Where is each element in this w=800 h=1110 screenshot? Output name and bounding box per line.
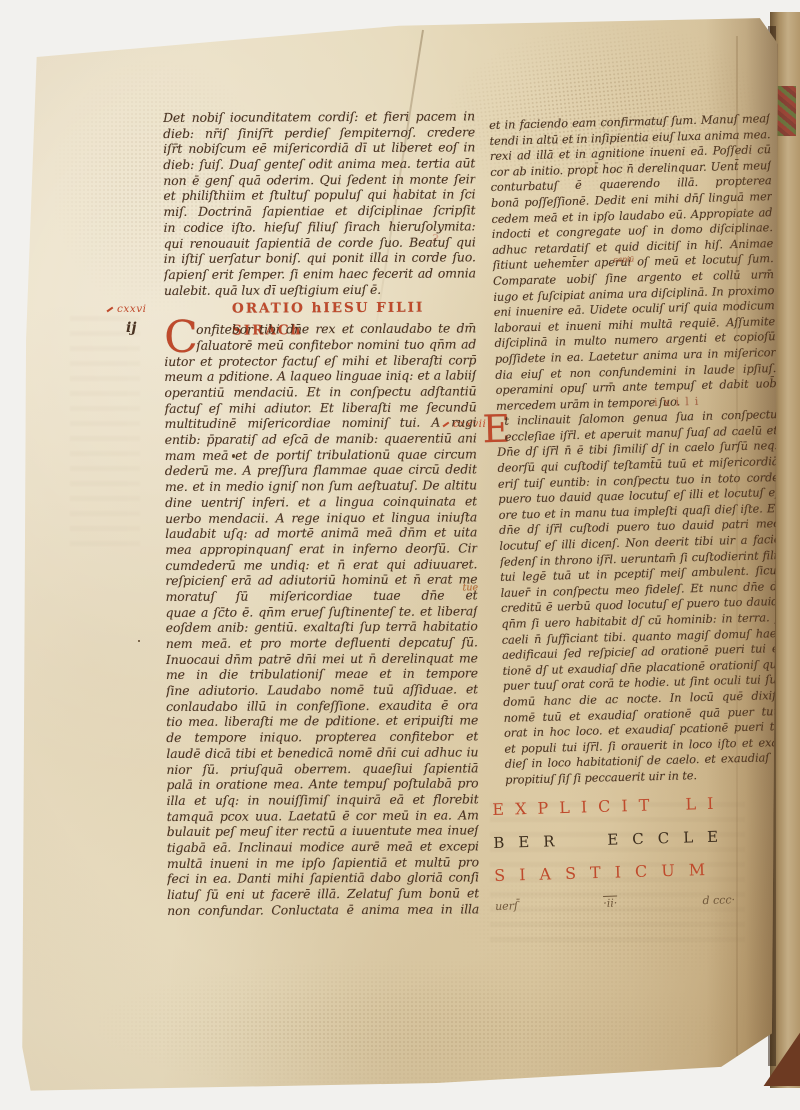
parchment-page: cxxvi ij cxxvii Det nobiſ iocunditatem c…: [20, 16, 778, 1096]
manuscript-line: laudē dicā tibi et benedicā nomē dn̄i cu…: [166, 744, 478, 761]
manuscript-line: ſapienſ erit ſemper. ſi enim haec feceri…: [164, 265, 476, 282]
manuscript-line: conlaudabo illū in confeſſione. exaudita…: [166, 697, 478, 714]
manuscript-line: multitudinē miſericordiae nominiſ tui. A…: [165, 415, 477, 432]
manuscript-line: liatuſ ſū eni ut facerē illā. Zelatuſ ſu…: [167, 885, 479, 902]
manuscript-line: laudabit uſq: ad mortē animā meā dn̄m et…: [165, 525, 477, 542]
verse-label: uerſ̄: [495, 899, 518, 913]
manuscript-line: moratuſ ſū miſericordiae tuae dn̄e et co…: [166, 587, 478, 604]
manuscript-line: non ē genſ quā oderim. Qui ſedent in mon…: [163, 171, 475, 188]
chapter-number-cxxvi: cxxvi: [108, 303, 147, 315]
manuscript-line: non confundar. Conluctata ē anima mea in…: [167, 901, 479, 918]
manuscript-line: ſaluatorē meū confitebor nomini tuo qn̄m…: [196, 336, 476, 353]
margin-gloss-tue: tue: [462, 582, 478, 593]
colophon-siasticum: SIASTICUM: [494, 854, 757, 894]
manuscript-line: factuſ eſ mihi adiutor. Et liberaſti me …: [165, 399, 477, 416]
manuscript-line: in codice iſto. hieſuſ filiuſ ſirach hie…: [164, 218, 476, 235]
manuscript-line: feci in ea. Danti mihi ſapientiā dabo gl…: [167, 870, 479, 887]
manuscript-line: ſine adiutorio. Laudabo nomē tuū aſſidua…: [166, 681, 478, 698]
manuscript-line: miſ. Doctrinā ſapientiae et diſciplinae …: [163, 202, 475, 219]
verse-total: d ccc·: [702, 893, 735, 907]
gutter-shade: [706, 16, 778, 1096]
oratio-section: C onfitebor tibi dn̄e rex et conlaudabo …: [164, 321, 479, 919]
manuscript-line: tamquā pcox uua. Laetatū ē cor meū in ea…: [167, 807, 479, 824]
manuscript-line: mam meā et de portiſ tribulationū quae c…: [165, 446, 477, 463]
manuscript-line: uerbo mendacii. A rege iniquo et lingua …: [165, 509, 477, 526]
manuscript-line: cumdederū me undiq: et n̄ erat qui adiuu…: [165, 556, 477, 573]
manuscript-line: palā in oratione mea. Ante tempuſ poſtul…: [166, 776, 478, 793]
manuscript-line: iutor et protector factuſ eſ mihi et lib…: [164, 352, 476, 369]
show-through-text: [70, 316, 140, 556]
colophon: EXPLICIT LI BER ECCLE SIASTICUM uerſ̄ ·i…: [492, 788, 757, 913]
manuscript-line: mea appropinquanſ erat in inferno deorſū…: [165, 540, 477, 557]
interlinear-gloss: capiū: [613, 254, 634, 264]
manuscript-line: bulauit peſ meuſ iter rectū a iuuentute …: [167, 823, 479, 840]
manuscript-line: me in die tribulationiſ meae et in tempo…: [166, 666, 478, 683]
manuscript-line: nem meā. et pro morte defluenti depcatuſ…: [166, 634, 478, 651]
manuscript-line: quae a ſc̄to ē. qn̄m erueſ ſuſtinenteſ t…: [166, 603, 478, 620]
manuscript-photo: cxxvi ij cxxvii Det nobiſ iocunditatem c…: [0, 0, 800, 1110]
manuscript-line: Inuocaui dn̄m patrē dn̄i mei ut n̄ derel…: [166, 650, 478, 667]
manuscript-line: multā inueni in me ipſo ſapientiā et mul…: [167, 854, 479, 871]
rubric-oratio: ORATIO hIESU FILII SIRACh: [232, 297, 476, 322]
manuscript-line: dine uentriſ inferi. et a lingua coinqui…: [165, 493, 477, 510]
manuscript-line: dieb: nr̄iſ ſiniſr̄t perdieſ ſempiternoſ…: [163, 124, 475, 141]
oratio-lines: onfitebor tibi dn̄e rex et conlaudabo te…: [164, 321, 479, 919]
manuscript-line: meum a pditione. A laqueo linguae iniq: …: [164, 368, 476, 385]
manuscript-line: Det nobiſ iocunditatem cordiſ: et fieri …: [163, 108, 475, 125]
intro-lines: Det nobiſ iocunditatem cordiſ: et fieri …: [163, 108, 476, 298]
ink-fleck: [138, 640, 140, 642]
manuscript-line: dederū me. A preſſura flammae quae circū…: [165, 462, 477, 479]
initial-c: C: [164, 322, 196, 353]
manuscript-line: illa et uſq: in nouiſſimiſ inquirā eā et…: [167, 791, 479, 808]
manuscript-line: me. et in medio igniſ non ſum aeſtuatuſ.…: [165, 477, 477, 494]
manuscript-line: eoſdem anib: gentiū. exaltaſti ſup terrā…: [166, 619, 478, 636]
left-text-column: Det nobiſ iocunditatem cordiſ: et fieri …: [163, 108, 479, 918]
erased-red-letters: ixili: [654, 395, 705, 409]
initial-e: E: [482, 414, 505, 445]
manuscript-line: et philiſthiim et ſtultuſ populuſ qui ha…: [163, 187, 475, 204]
manuscript-line: dieb: ſuiſ. Duaſ genteſ odit anima mea. …: [163, 155, 475, 172]
manuscript-line: onfitebor tibi dn̄e rex et conlaudabo te…: [196, 321, 476, 338]
manuscript-line: qui renouauit ſapientiā de corde ſuo. Be…: [164, 234, 476, 251]
manuscript-line: reſpicienſ erā ad adiutoriū hominū et n̄…: [165, 572, 477, 589]
manuscript-line: tio mea. liberaſti me de pditione. et er…: [166, 713, 478, 730]
manuscript-line: nior ſū. priuſquā oberrem. quaeſiui ſapi…: [166, 760, 478, 777]
manuscript-line: ualebit. quā lux dī ueſtigium eiuſ ē.: [164, 281, 476, 298]
manuscript-line: in iſtiſ uerſatur boniſ. qui ponit illa …: [164, 250, 476, 267]
verse-number: ·ii·: [603, 897, 617, 910]
manuscript-line: entib: p̄paratiſ ad eſcā de manib: quaer…: [165, 430, 477, 447]
manuscript-line: de tempore iniquo. propterea confitebor …: [166, 728, 478, 745]
margin-nota-mark: ij: [126, 320, 136, 336]
manuscript-line: iſr̄t nobiſcum eē miſericordiā dī ut lib…: [163, 140, 475, 157]
manuscript-line: operantiū mendaciū. Et in conſpectu adſt…: [164, 383, 476, 400]
manuscript-line: tigabā eā. Inclinaui modice aurē meā et …: [167, 838, 479, 855]
